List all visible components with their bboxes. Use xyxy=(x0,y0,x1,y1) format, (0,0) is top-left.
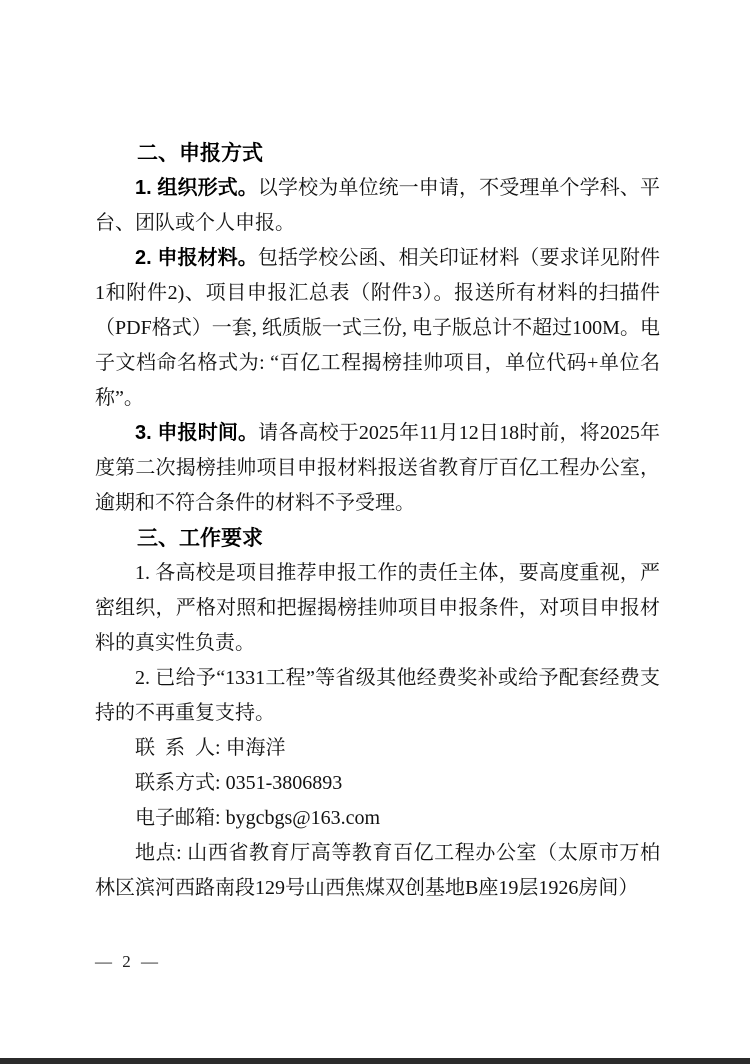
page-number: — 2 — xyxy=(95,950,161,974)
document-page: 二、申报方式 1. 组织形式。以学校为单位统一申请，不受理单个学科、平台、团队或… xyxy=(0,0,750,1064)
section-heading-application-method: 二、申报方式 xyxy=(95,136,660,171)
contact-address-label: 地点: xyxy=(135,842,187,864)
contact-email-value: bygcbgs@163.com xyxy=(226,807,381,829)
contact-phone-value: 0351-3806893 xyxy=(226,772,343,794)
bottom-edge-bar xyxy=(0,1058,750,1064)
paragraph-text: 包括学校公函、相关印证材料（要求详见附件1和附件2)、项目申报汇总表（附件3）。… xyxy=(95,247,660,409)
document-body: 二、申报方式 1. 组织形式。以学校为单位统一申请，不受理单个学科、平台、团队或… xyxy=(0,0,750,906)
paragraph-responsibility: 1. 各高校是项目推荐申报工作的责任主体，要高度重视，严密组织，严格对照和把握揭… xyxy=(95,556,660,661)
paragraph-text: 1. 各高校是项目推荐申报工作的责任主体，要高度重视，严密组织，严格对照和把握揭… xyxy=(95,562,660,654)
contact-person-value: 申海洋 xyxy=(226,737,286,759)
contact-person-label: 联 系 人: xyxy=(135,737,226,759)
paragraph-text: 2. 已给予“1331工程”等省级其他经费奖补或给予配套经费支持的不再重复支持。 xyxy=(95,667,660,724)
contact-email-label: 电子邮箱: xyxy=(135,807,226,829)
contact-email-line: 电子邮箱: bygcbgs@163.com xyxy=(95,801,660,836)
paragraph-funding-rule: 2. 已给予“1331工程”等省级其他经费奖补或给予配套经费支持的不再重复支持。 xyxy=(95,661,660,731)
contact-phone-label: 联系方式: xyxy=(135,772,226,794)
paragraph-application-materials: 2. 申报材料。包括学校公函、相关印证材料（要求详见附件1和附件2)、项目申报汇… xyxy=(95,241,660,416)
contact-address-line: 地点: 山西省教育厅高等教育百亿工程办公室（太原市万柏林区滨河西路南段129号山… xyxy=(95,836,660,906)
paragraph-lead: 1. 组织形式。 xyxy=(135,177,258,199)
contact-person-line: 联 系 人: 申海洋 xyxy=(95,731,660,766)
paragraph-lead: 3. 申报时间。 xyxy=(135,422,258,444)
section-heading-work-requirements: 三、工作要求 xyxy=(95,521,660,556)
contact-phone-line: 联系方式: 0351-3806893 xyxy=(95,766,660,801)
paragraph-application-deadline: 3. 申报时间。请各高校于2025年11月12日18时前，将2025年度第二次揭… xyxy=(95,416,660,521)
paragraph-lead: 2. 申报材料。 xyxy=(135,247,258,269)
paragraph-organization-form: 1. 组织形式。以学校为单位统一申请，不受理单个学科、平台、团队或个人申报。 xyxy=(95,171,660,241)
